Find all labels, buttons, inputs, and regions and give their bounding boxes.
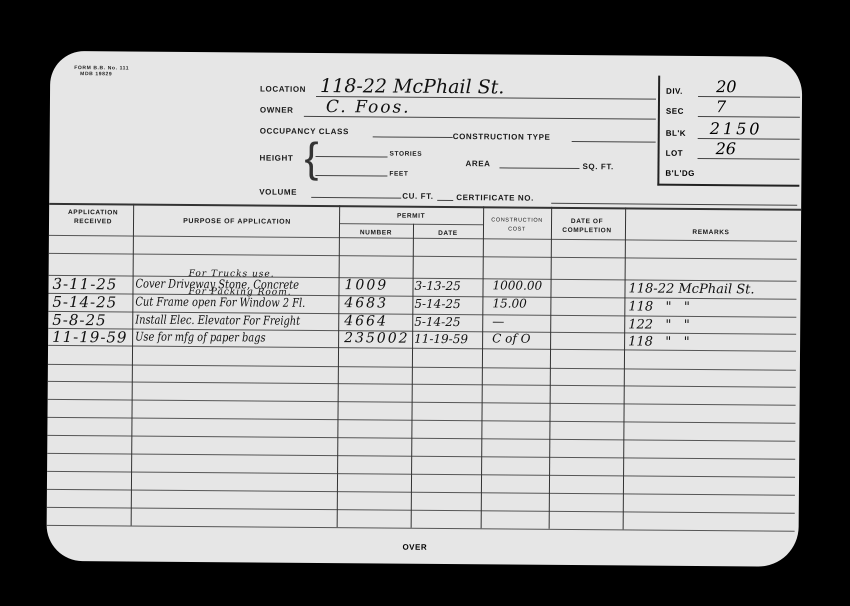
sec-row: SEC 7 [666, 98, 800, 119]
header-permit: PERMIT [339, 211, 483, 221]
cell-purpose: Use for mfg of paper bags [135, 330, 266, 345]
brace: { [304, 137, 318, 179]
location-value: 118-22 McPhail St. [320, 75, 504, 98]
location-label: LOCATION [260, 85, 306, 94]
cell-application-received: 5-14-25 [52, 293, 117, 312]
cell-application-received: 3-11-25 [52, 275, 117, 294]
area-label: AREA [465, 159, 490, 168]
height-label: HEIGHT [259, 154, 293, 163]
cell-construction-cost: C of O [492, 331, 530, 345]
mdb-number: MDB 19829 [74, 71, 129, 77]
cell-permit-number: 4683 [344, 295, 388, 311]
cell-remarks: 118-22 McPhail St. [628, 281, 754, 297]
header-permit-date: DATE [413, 229, 483, 239]
construction-type-label: CONSTRUCTION TYPE [453, 132, 551, 142]
feet-label: FEET [389, 171, 408, 178]
sqft-label: SQ. FT. [582, 162, 613, 171]
div-label: DIV. [666, 87, 683, 96]
header-construction-cost: CONSTRUCTION COST [485, 216, 549, 235]
header-application-received: APPLICATION RECEIVED [53, 208, 133, 227]
form-code: FORM B.B. No. 111 MDB 19829 [74, 65, 129, 77]
certificate-label: CERTIFICATE NO. [456, 193, 534, 203]
div-value: 20 [716, 77, 737, 96]
stories-label: STORIES [390, 151, 423, 158]
cuft-label: CU. FT. [402, 192, 433, 201]
sec-value: 7 [716, 97, 726, 116]
sec-label: SEC [666, 107, 684, 116]
owner-label: OWNER [260, 106, 294, 115]
cell-purpose: Cut Frame open For Window 2 Fl. [135, 295, 305, 310]
blk-row: BL'K 2150 [666, 120, 800, 141]
lot-value: 26 [716, 139, 737, 158]
cell-remarks: 118 " " [628, 334, 690, 349]
cell-permit-date: 5-14-25 [414, 297, 460, 311]
blk-value: 2150 [710, 119, 763, 138]
cell-permit-date: 5-14-25 [414, 315, 460, 329]
cell-remarks: 122 " " [628, 317, 690, 332]
lot-label: LOT [666, 149, 684, 158]
building-record-card: FORM B.B. No. 111 MDB 19829 LOCATION 118… [46, 51, 802, 567]
cell-permit-date: 3-13-25 [414, 279, 460, 293]
lot-info-box: DIV. 20 SEC 7 BL'K 2150 LOT 26 B'L'DG [657, 76, 800, 187]
cell-application-received: 11-19-59 [52, 328, 128, 347]
div-row: DIV. 20 [666, 78, 800, 99]
header-purpose: PURPOSE OF APPLICATION [135, 217, 339, 228]
cell-purpose: Install Elec. Elevator For Freight [135, 313, 300, 328]
bldg-label: B'L'DG [665, 169, 695, 178]
bldg-row: B'L'DG [665, 160, 799, 181]
cell-construction-cost: 1000.00 [492, 278, 542, 292]
cell-remarks: 118 " " [628, 299, 690, 314]
header-remarks: REMARKS [627, 227, 795, 237]
cell-construction-cost: — [492, 314, 504, 328]
cell-application-received: 5-8-25 [52, 311, 106, 329]
cell-permit-number: 1009 [344, 277, 388, 293]
header-permit-number: NUMBER [339, 228, 413, 238]
cell-permit-number: 4664 [344, 313, 388, 329]
header-date-of-completion: DATE OF COMPLETION [553, 217, 621, 236]
owner-value: C. Foos. [326, 97, 411, 118]
cell-construction-cost: 15.00 [492, 296, 526, 310]
cell-permit-date: 11-19-59 [414, 332, 468, 346]
over-label: OVER [402, 543, 427, 552]
volume-label: VOLUME [259, 188, 297, 197]
lot-row: LOT 26 [666, 140, 800, 161]
cell-permit-number: 235002 [344, 330, 410, 347]
blk-label: BL'K [666, 129, 686, 138]
